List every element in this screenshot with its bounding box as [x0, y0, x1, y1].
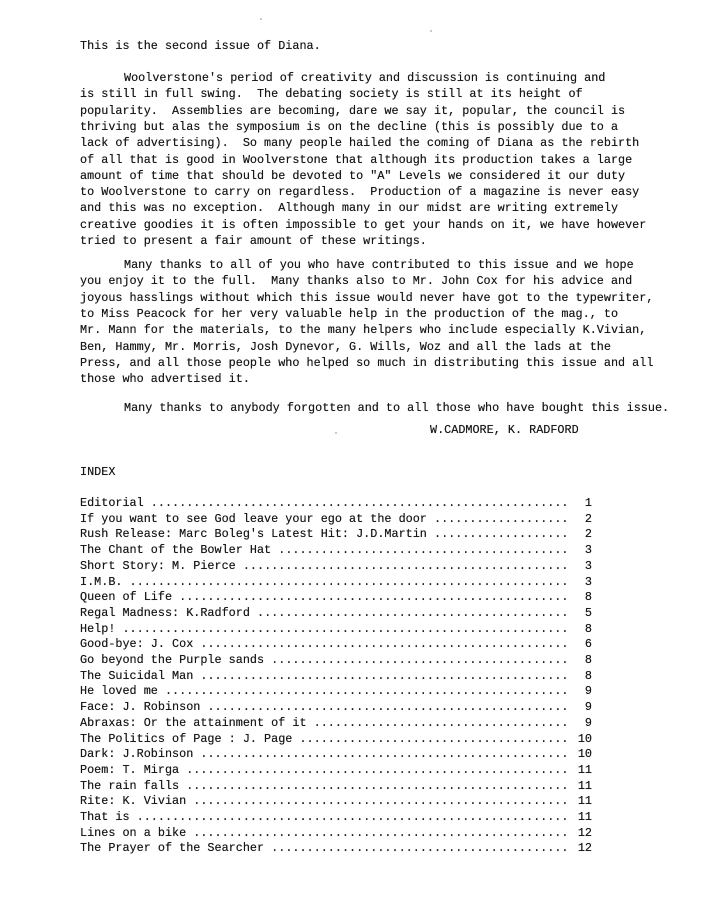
- paragraph-line: lack of advertising). So many people hai…: [80, 136, 639, 150]
- index-entry-page: 2: [585, 512, 592, 526]
- index-entry-page: 9: [585, 716, 592, 730]
- dot-leader: ........................................…: [193, 826, 568, 840]
- index-entry-title: The rain falls: [80, 779, 179, 793]
- intro-line: This is the second issue of Diana.: [80, 39, 321, 53]
- dot-leader: ........................................…: [271, 653, 568, 667]
- index-entry: The Prayer of the Searcher..............…: [80, 841, 600, 855]
- index-entry-title: Abraxas: Or the attainment of it: [80, 716, 307, 730]
- dot-leader: ........................................…: [207, 700, 568, 714]
- index-entry-page: 3: [585, 543, 592, 557]
- index-entry-title: Help!: [80, 622, 115, 636]
- index-entry-page: 3: [585, 559, 592, 573]
- index-entry-title: He loved me: [80, 684, 158, 698]
- paragraph-line: creative goodies it is often impossible …: [80, 218, 646, 232]
- index-entry-title: Go beyond the Purple sands: [80, 653, 264, 667]
- index-entry-title: Poem: T. Mirga: [80, 763, 179, 777]
- dot-leader: ........................................…: [137, 810, 569, 824]
- index-entry-page: 10: [578, 732, 592, 746]
- index-entry-page: 3: [585, 575, 592, 589]
- index-entry: That is.................................…: [80, 810, 600, 824]
- index-entry-title: Short Story: M. Pierce: [80, 559, 236, 573]
- dot-leader: ........................................…: [193, 794, 568, 808]
- index-entry-page: 8: [585, 669, 592, 683]
- paragraph-line: tried to present a fair amount of these …: [80, 234, 427, 248]
- index-entry-title: Editorial: [80, 496, 144, 510]
- index-heading: INDEX: [80, 465, 115, 479]
- paragraph-line: Press, and all those people who helped s…: [80, 356, 653, 370]
- dot-leader: ........................................…: [200, 747, 568, 761]
- index-entry-title: Lines on a bike: [80, 826, 186, 840]
- dot-leader: ......................................: [299, 732, 568, 746]
- index-entry: Editorial...............................…: [80, 496, 600, 510]
- paper-speck: [335, 432, 337, 434]
- index-entry: Poem: T. Mirga..........................…: [80, 763, 600, 777]
- index-entry-title: Queen of Life: [80, 590, 172, 604]
- paragraph-line: you enjoy it to the full. Many thanks al…: [80, 274, 632, 288]
- signature: W.CADMORE, K. RADFORD: [430, 423, 579, 437]
- dot-leader: ........................................…: [200, 637, 568, 651]
- paragraph-line: those who advertised it.: [80, 372, 250, 386]
- index-entry: I.M.B...................................…: [80, 575, 600, 589]
- magazine-page: This is the second issue of Diana. Woolv…: [0, 0, 708, 900]
- index-entry-page: 12: [578, 826, 592, 840]
- index-entry: Rush Release: Marc Boleg's Latest Hit: J…: [80, 527, 600, 541]
- index-entry: Lines on a bike.........................…: [80, 826, 600, 840]
- paragraph-line: Woolverstone's period of creativity and …: [124, 71, 605, 85]
- index-entry-page: 2: [585, 527, 592, 541]
- index-entry-page: 8: [585, 622, 592, 636]
- index-entry: Help!...................................…: [80, 622, 600, 636]
- index-entry: Short Story: M. Pierce..................…: [80, 559, 600, 573]
- index-entry-page: 1: [585, 496, 592, 510]
- paragraph-line: thriving but alas the symposium is on th…: [80, 120, 618, 134]
- index-entry-title: The Politics of Page : J. Page: [80, 732, 292, 746]
- index-entry-page: 9: [585, 684, 592, 698]
- index-entry: Rite: K. Vivian.........................…: [80, 794, 600, 808]
- index-entry-page: 12: [578, 841, 592, 855]
- index-entry-page: 11: [578, 779, 592, 793]
- dot-leader: ........................................…: [186, 779, 568, 793]
- dot-leader: ...................: [434, 527, 569, 541]
- index-entry: He loved me.............................…: [80, 684, 600, 698]
- dot-leader: ........................................…: [271, 841, 568, 855]
- index-entry-page: 10: [578, 747, 592, 761]
- paragraph-line: and this was no exception. Although many…: [80, 201, 618, 215]
- index-entry-title: Face: J. Robinson: [80, 700, 200, 714]
- paragraph-line: Mr. Mann for the materials, to the many …: [80, 323, 646, 337]
- paragraph-line: popularity. Assemblies are becoming, dar…: [80, 104, 625, 118]
- index-entry-title: Good-bye: J. Cox: [80, 637, 193, 651]
- dot-leader: ........................................…: [243, 559, 569, 573]
- index-entry: If you want to see God leave your ego at…: [80, 512, 600, 526]
- index-entry-page: 11: [578, 763, 592, 777]
- index-entry-title: Rite: K. Vivian: [80, 794, 186, 808]
- dot-leader: ....................................: [314, 716, 569, 730]
- paragraph-line: joyous hasslings without which this issu…: [80, 291, 653, 305]
- dot-leader: ........................................…: [165, 684, 569, 698]
- dot-leader: ........................................…: [179, 590, 568, 604]
- dot-leader: ........................................…: [200, 669, 568, 683]
- closing-line: Many thanks to anybody forgotten and to …: [124, 401, 669, 415]
- index-entry: The Politics of Page : J. Page..........…: [80, 732, 600, 746]
- index-entry: Queen of Life...........................…: [80, 590, 600, 604]
- index-entry-title: If you want to see God leave your ego at…: [80, 512, 427, 526]
- index-entry-title: The Suicidal Man: [80, 669, 193, 683]
- paragraph-line: is still in full swing. The debating soc…: [80, 87, 583, 101]
- index-entry-title: The Chant of the Bowler Hat: [80, 543, 271, 557]
- index-entry-title: The Prayer of the Searcher: [80, 841, 264, 855]
- dot-leader: ........................................…: [130, 575, 569, 589]
- index-entry-page: 11: [578, 794, 592, 808]
- index-entry: The Chant of the Bowler Hat.............…: [80, 543, 600, 557]
- index-entry-page: 11: [578, 810, 592, 824]
- dot-leader: ........................................…: [151, 496, 569, 510]
- index-entry-page: 5: [585, 606, 592, 620]
- index-entry-page: 8: [585, 653, 592, 667]
- index-entry: Go beyond the Purple sands..............…: [80, 653, 600, 667]
- index-entry-page: 9: [585, 700, 592, 714]
- index-entry: The rain falls..........................…: [80, 779, 600, 793]
- dot-leader: ........................................…: [278, 543, 568, 557]
- index-entry: Good-bye: J. Cox........................…: [80, 637, 600, 651]
- paper-speck: [260, 18, 262, 20]
- paragraph-line: of all that is good in Woolverstone that…: [80, 153, 632, 167]
- index-entry: Regal Madness: K.Radford................…: [80, 606, 600, 620]
- paragraph-line: to Woolverstone to carry on regardless. …: [80, 185, 639, 199]
- index-entry-page: 6: [585, 637, 592, 651]
- paragraph-line: amount of time that should be devoted to…: [80, 169, 625, 183]
- index-entry-page: 8: [585, 590, 592, 604]
- index-entry-title: Dark: J.Robinson: [80, 747, 193, 761]
- dot-leader: ...................: [434, 512, 569, 526]
- index-entry: Abraxas: Or the attainment of it........…: [80, 716, 600, 730]
- index-entry: Face: J. Robinson.......................…: [80, 700, 600, 714]
- index-entry: The Suicidal Man........................…: [80, 669, 600, 683]
- index-entry-title: Regal Madness: K.Radford: [80, 606, 250, 620]
- index-entry-title: That is: [80, 810, 130, 824]
- index-entry: Dark: J.Robinson........................…: [80, 747, 600, 761]
- index-entry-title: I.M.B.: [80, 575, 122, 589]
- paragraph-line: Many thanks to all of you who have contr…: [124, 258, 634, 272]
- dot-leader: ........................................…: [122, 622, 568, 636]
- paragraph-line: Ben, Hammy, Mr. Morris, Josh Dynevor, G.…: [80, 340, 611, 354]
- dot-leader: ........................................…: [257, 606, 569, 620]
- index-entry-title: Rush Release: Marc Boleg's Latest Hit: J…: [80, 527, 427, 541]
- dot-leader: ........................................…: [186, 763, 568, 777]
- paper-speck: [430, 30, 432, 32]
- paragraph-line: to Miss Peacock for her very valuable he…: [80, 307, 618, 321]
